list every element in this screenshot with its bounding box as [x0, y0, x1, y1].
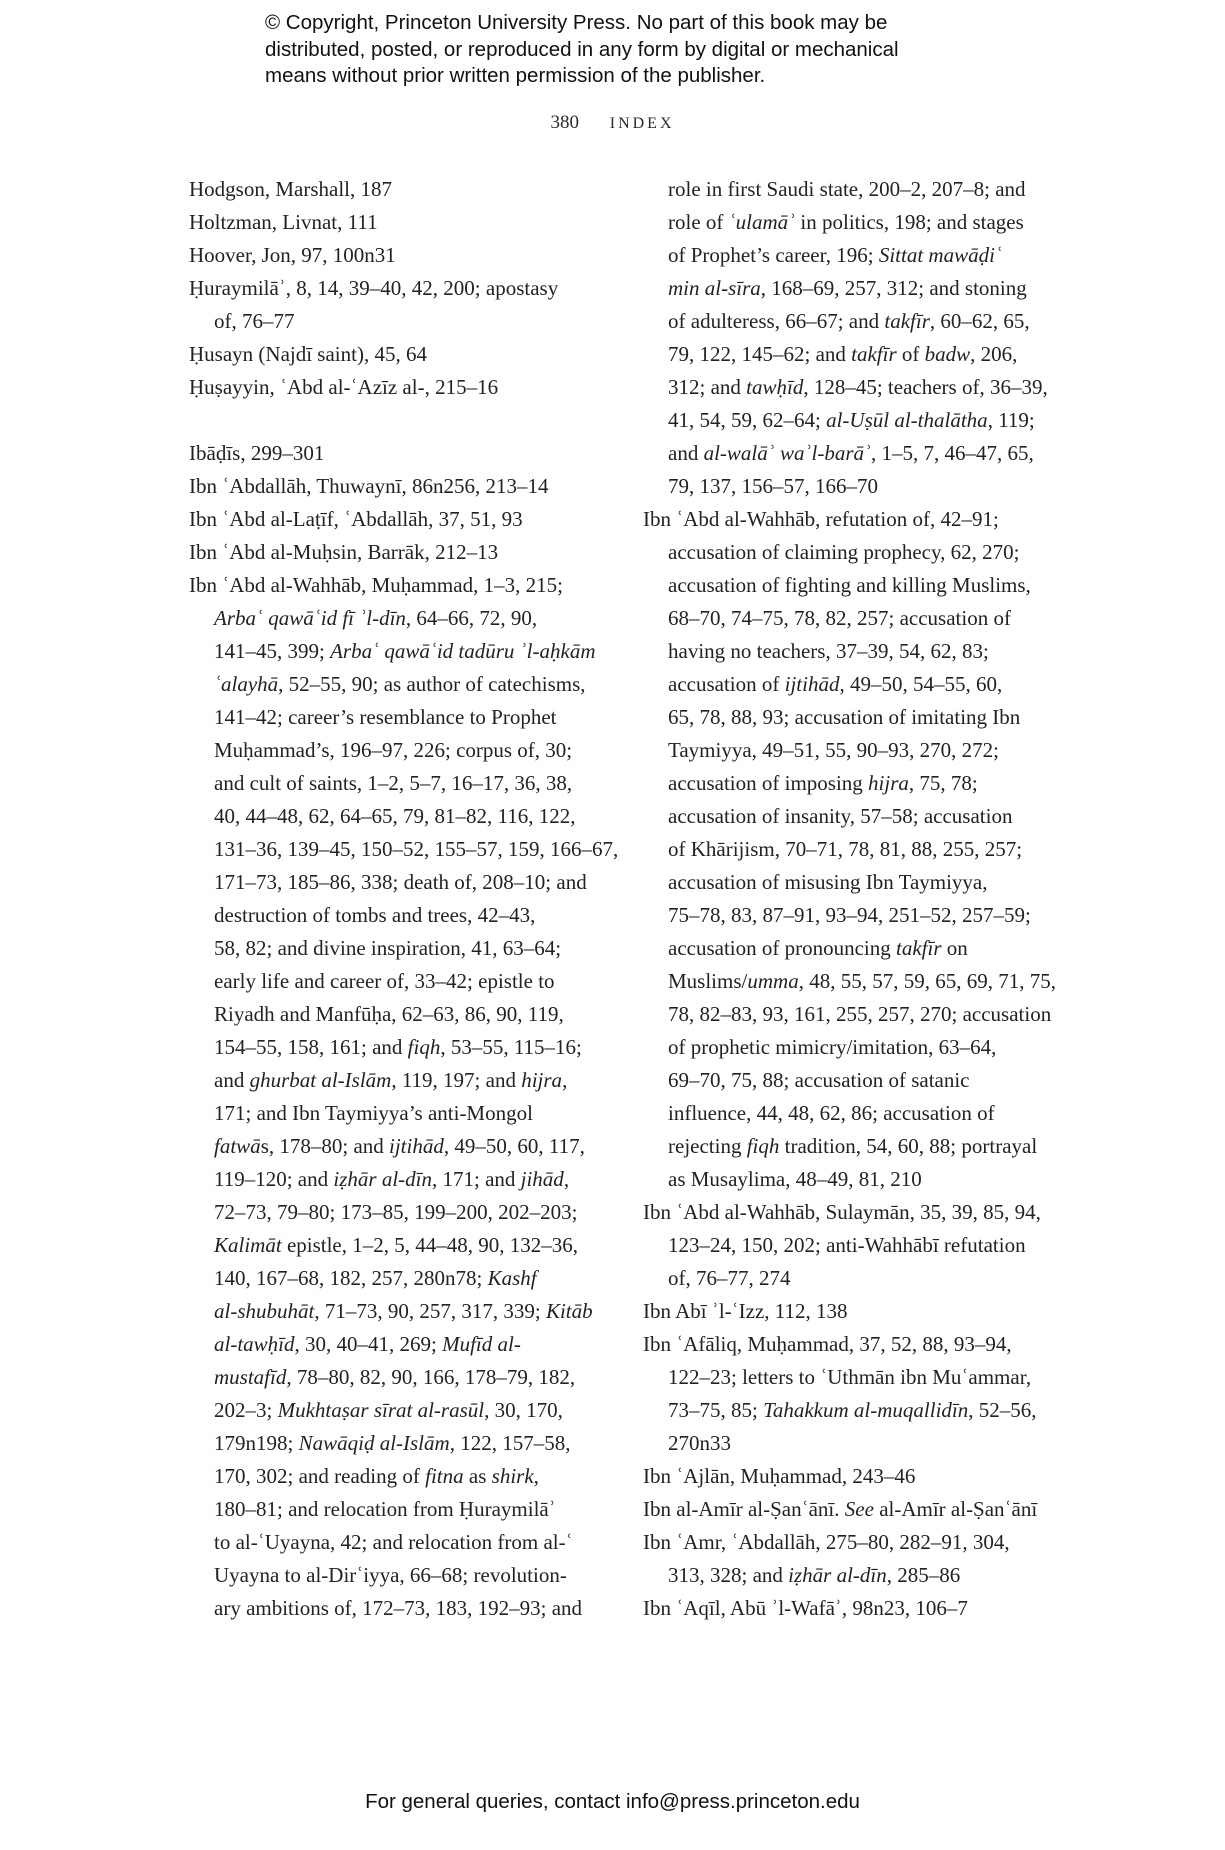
index-text: Ḥuraymilāʾ, 8, 14, 39–40, 42, 200; apost…	[189, 276, 558, 300]
index-subentry-line: al-shubuhāt, 71–73, 90, 257, 317, 339; K…	[189, 1295, 609, 1328]
index-text: ,	[564, 1167, 569, 1191]
index-entry-line: Ibāḍīs, 299–301	[189, 437, 609, 470]
index-subentry-line: 170, 302; and reading of fitna as shirk,	[189, 1460, 609, 1493]
index-text: accusation of	[668, 672, 785, 696]
italic-term: ghurbat al-Islām	[250, 1068, 392, 1092]
index-subentry-line: 69–70, 75, 88; accusation of satanic	[643, 1064, 1063, 1097]
italic-term: al-Uṣūl al-thalātha	[826, 408, 988, 432]
index-text: Ibn ʿAmr, ʿAbdallāh, 275–80, 282–91, 304…	[643, 1530, 1010, 1554]
index-text: , 30, 40–41, 269;	[295, 1332, 443, 1356]
italic-term: takfīr	[851, 342, 897, 366]
index-text: of adulteress, 66–67; and	[668, 309, 884, 333]
index-text: 58, 82; and divine inspiration, 41, 63–6…	[214, 936, 561, 960]
index-subentry-line: 179n198; Nawāqiḍ al-Islām, 122, 157–58,	[189, 1427, 609, 1460]
index-text: early life and career of, 33–42; epistle…	[214, 969, 555, 993]
index-subentry-line: of Khārijism, 70–71, 78, 81, 88, 255, 25…	[643, 833, 1063, 866]
index-text: 154–55, 158, 161; and	[214, 1035, 408, 1059]
index-text: Ibn ʿAjlān, Muḥammad, 243–46	[643, 1464, 915, 1488]
index-text: 79, 122, 145–62; and	[668, 342, 851, 366]
copyright-line: distributed, posted, or reproduced in an…	[265, 37, 985, 64]
index-subentry-line: min al-sīra, 168–69, 257, 312; and stoni…	[643, 272, 1063, 305]
index-text: Ibn ʿAbd al-Laṭīf, ʿAbdallāh, 37, 51, 93	[189, 507, 523, 531]
index-text: and	[214, 1068, 250, 1092]
index-subentry-line: 180–81; and relocation from Ḥuraymilāʾ	[189, 1493, 609, 1526]
index-text: 312; and	[668, 375, 746, 399]
index-subentry-line: destruction of tombs and trees, 42–43,	[189, 899, 609, 932]
index-text: Ibn al-Amīr al-Ṣanʿānī.	[643, 1497, 845, 1521]
index-text: accusation of claiming prophecy, 62, 270…	[668, 540, 1019, 564]
index-text: , 60–62, 65,	[930, 309, 1030, 333]
index-text: , 53–55, 115–16;	[440, 1035, 582, 1059]
index-entry-line: Ibn al-Amīr al-Ṣanʿānī. See al-Amīr al-Ṣ…	[643, 1493, 1063, 1526]
index-subentry-line: to al-ʿUyayna, 42; and relocation from a…	[189, 1526, 609, 1559]
index-text: accusation of pronouncing	[668, 936, 896, 960]
index-text: Riyadh and Manfūḥa, 62–63, 86, 90, 119,	[214, 1002, 564, 1026]
index-entry-line: Ibn ʿAbd al-Wahhāb, Muḥammad, 1–3, 215;	[189, 569, 609, 602]
index-subentry-line: 312; and tawḥīd, 128–45; teachers of, 36…	[643, 371, 1063, 404]
index-text: Holtzman, Livnat, 111	[189, 210, 378, 234]
index-subentry-line: accusation of pronouncing takfīr on	[643, 932, 1063, 965]
index-subentry-line: Uyayna to al-Dirʿiyya, 66–68; revolution…	[189, 1559, 609, 1592]
index-text: 270n33	[668, 1431, 731, 1455]
index-text: , 52–56,	[968, 1398, 1036, 1422]
index-text: 171; and Ibn Taymiyya’s anti-Mongol	[214, 1101, 533, 1125]
index-subentry-line: 40, 44–48, 62, 64–65, 79, 81–82, 116, 12…	[189, 800, 609, 833]
index-entry-line: Ibn ʿAbd al-Muḥsin, Barrāk, 212–13	[189, 536, 609, 569]
index-text: to al-ʿUyayna, 42; and relocation from a…	[214, 1530, 573, 1554]
index-text: 171–73, 185–86, 338; death of, 208–10; a…	[214, 870, 587, 894]
index-text: epistle, 1–2, 5, 44–48, 90, 132–36,	[282, 1233, 578, 1257]
index-text: of	[897, 342, 925, 366]
index-subentry-line: fatwās, 178–80; and ijtihād, 49–50, 60, …	[189, 1130, 609, 1163]
section-title: INDEX	[610, 115, 675, 132]
index-subentry-line: and ghurbat al-Islām, 119, 197; and hijr…	[189, 1064, 609, 1097]
index-text: of, 76–77	[214, 309, 295, 333]
page-number: 380	[550, 112, 579, 133]
index-text: s, 178–80; and	[261, 1134, 389, 1158]
index-subentry-line: Muḥammad’s, 196–97, 226; corpus of, 30;	[189, 734, 609, 767]
italic-term: jihād	[521, 1167, 564, 1191]
index-subentry-line: of adulteress, 66–67; and takfīr, 60–62,…	[643, 305, 1063, 338]
index-text: Ibn ʿAfāliq, Muḥammad, 37, 52, 88, 93–94…	[643, 1332, 1012, 1356]
index-text: Hodgson, Marshall, 187	[189, 177, 392, 201]
italic-term: iẓhār al-dīn	[333, 1167, 432, 1191]
index-subentry-line: al-tawḥīd, 30, 40–41, 269; Mufīd al-	[189, 1328, 609, 1361]
italic-term: ʿulamāʾ	[729, 210, 796, 234]
index-subentry-line: early life and career of, 33–42; epistle…	[189, 965, 609, 998]
contact-footer: For general queries, contact info@press.…	[0, 1790, 1225, 1814]
index-entry-line: Ibn Abī ʾl-ʿIzz, 112, 138	[643, 1295, 1063, 1328]
italic-term: fatwā	[214, 1134, 261, 1158]
index-text: 73–75, 85;	[668, 1398, 763, 1422]
index-entry-line: Ḥuṣayyin, ʿAbd al-ʿAzīz al-, 215–16	[189, 371, 609, 404]
italic-term: iẓhār al-dīn	[788, 1563, 887, 1587]
index-subentry-line: accusation of fighting and killing Musli…	[643, 569, 1063, 602]
index-subentry-line: 202–3; Mukhtaṣar sīrat al-rasūl, 30, 170…	[189, 1394, 609, 1427]
italic-term: takfīr	[884, 309, 930, 333]
index-subentry-line: 73–75, 85; Tahakkum al-muqallidīn, 52–56…	[643, 1394, 1063, 1427]
index-entry-line: Hodgson, Marshall, 187	[189, 173, 609, 206]
index-text: al-Amīr al-Ṣanʿānī	[874, 1497, 1037, 1521]
index-text: 41, 54, 59, 62–64;	[668, 408, 826, 432]
italic-term: hijra	[521, 1068, 562, 1092]
index-text: 180–81; and relocation from Ḥuraymilāʾ	[214, 1497, 556, 1521]
italic-term: Arbaʿ qawāʿid fī ʾl-dīn	[214, 606, 406, 630]
index-text: , 49–50, 60, 117,	[444, 1134, 585, 1158]
index-text: , 206,	[970, 342, 1017, 366]
index-subentry-line: 313, 328; and iẓhār al-dīn, 285–86	[643, 1559, 1063, 1592]
index-subentry-line: 123–24, 150, 202; anti-Wahhābī refutatio…	[643, 1229, 1063, 1262]
index-subentry-line: influence, 44, 48, 62, 86; accusation of	[643, 1097, 1063, 1130]
index-subentry-line: role in first Saudi state, 200–2, 207–8;…	[643, 173, 1063, 206]
index-text: and cult of saints, 1–2, 5–7, 16–17, 36,…	[214, 771, 572, 795]
index-text: accusation of misusing Ibn Taymiyya,	[668, 870, 988, 894]
index-subentry-line: accusation of imposing hijra, 75, 78;	[643, 767, 1063, 800]
index-subentry-line: 68–70, 74–75, 78, 82, 257; accusation of	[643, 602, 1063, 635]
index-text: Ḥuṣayyin, ʿAbd al-ʿAzīz al-, 215–16	[189, 375, 498, 399]
index-text: Ḥusayn (Najdī saint), 45, 64	[189, 342, 427, 366]
index-text: tradition, 54, 60, 88; portrayal	[779, 1134, 1037, 1158]
index-text: having no teachers, 37–39, 54, 62, 83;	[668, 639, 989, 663]
index-text: , 64–66, 72, 90,	[406, 606, 537, 630]
italic-term: Arbaʿ qawāʿid tadūru ʾl-aḥkām	[330, 639, 595, 663]
index-subentry-line: accusation of insanity, 57–58; accusatio…	[643, 800, 1063, 833]
index-text: 69–70, 75, 88; accusation of satanic	[668, 1068, 970, 1092]
index-subentry-line: 41, 54, 59, 62–64; al-Uṣūl al-thalātha, …	[643, 404, 1063, 437]
index-text: Ibn ʿAbd al-Muḥsin, Barrāk, 212–13	[189, 540, 498, 564]
index-subentry-line: 141–45, 399; Arbaʿ qawāʿid tadūru ʾl-aḥk…	[189, 635, 609, 668]
index-subentry-line: Taymiyya, 49–51, 55, 90–93, 270, 272;	[643, 734, 1063, 767]
index-text: as	[464, 1464, 492, 1488]
italic-term: fitna	[425, 1464, 464, 1488]
index-text: in politics, 198; and stages	[795, 210, 1024, 234]
index-text: as Musaylima, 48–49, 81, 210	[668, 1167, 922, 1191]
italic-term: Nawāqiḍ al-Islām	[299, 1431, 450, 1455]
index-text: 202–3;	[214, 1398, 278, 1422]
index-text: , 119;	[988, 408, 1035, 432]
index-text: , 171; and	[432, 1167, 521, 1191]
index-text: 79, 137, 156–57, 166–70	[668, 474, 878, 498]
index-text: Ibn Abī ʾl-ʿIzz, 112, 138	[643, 1299, 848, 1323]
italic-term: Mukhtaṣar sīrat al-rasūl	[278, 1398, 485, 1422]
italic-term: al-shubuhāt	[214, 1299, 314, 1323]
index-text: Ibn ʿAbd al-Wahhāb, Sulaymān, 35, 39, 85…	[643, 1200, 1041, 1224]
copyright-notice: © Copyright, Princeton University Press.…	[265, 10, 985, 90]
index-text: , 52–55, 90; as author of catechisms,	[278, 672, 585, 696]
index-subentry-line: 78, 82–83, 93, 161, 255, 257, 270; accus…	[643, 998, 1063, 1031]
index-subentry-line: ʿalayhā, 52–55, 90; as author of catechi…	[189, 668, 609, 701]
index-text: 122–23; letters to ʿUthmān ibn Muʿammar,	[668, 1365, 1031, 1389]
index-text: 141–45, 399;	[214, 639, 330, 663]
index-entry-line: Ibn ʿAmr, ʿAbdallāh, 275–80, 282–91, 304…	[643, 1526, 1063, 1559]
index-entry-line: Ibn ʿAqīl, Abū ʾl-Wafāʾ, 98n23, 106–7	[643, 1592, 1063, 1625]
italic-term: Kashf	[488, 1266, 537, 1290]
index-entry-line: Ibn ʿAbd al-Laṭīf, ʿAbdallāh, 37, 51, 93	[189, 503, 609, 536]
italic-term: umma	[747, 969, 798, 993]
index-text: , 285–86	[887, 1563, 961, 1587]
index-subentry-line: 154–55, 158, 161; and fiqh, 53–55, 115–1…	[189, 1031, 609, 1064]
italic-term: mustafīd	[214, 1365, 286, 1389]
index-text: Taymiyya, 49–51, 55, 90–93, 270, 272;	[668, 738, 999, 762]
index-text: 68–70, 74–75, 78, 82, 257; accusation of	[668, 606, 1011, 630]
index-text: , 78–80, 82, 90, 166, 178–79, 182,	[286, 1365, 575, 1389]
italic-term: ʿalayhā	[214, 672, 278, 696]
index-text: Ibāḍīs, 299–301	[189, 441, 324, 465]
index-text: of, 76–77, 274	[668, 1266, 791, 1290]
running-head: 380 INDEX	[0, 112, 1225, 134]
index-text: 72–73, 79–80; 173–85, 199–200, 202–203;	[214, 1200, 577, 1224]
blank-line	[189, 404, 609, 437]
italic-term: See	[845, 1497, 874, 1521]
index-text: ,	[534, 1464, 539, 1488]
index-subentry-line: of, 76–77, 274	[643, 1262, 1063, 1295]
index-entry-line: Ibn ʿAbd al-Wahhāb, refutation of, 42–91…	[643, 503, 1063, 536]
italic-term: ijtihād	[389, 1134, 444, 1158]
index-text: , 49–50, 54–55, 60,	[839, 672, 1002, 696]
index-text: accusation of fighting and killing Musli…	[668, 573, 1031, 597]
index-text: Ibn ʿAbd al-Wahhāb, Muḥammad, 1–3, 215;	[189, 573, 563, 597]
index-text: influence, 44, 48, 62, 86; accusation of	[668, 1101, 995, 1125]
index-text: accusation of imposing	[668, 771, 868, 795]
index-text: , 168–69, 257, 312; and stoning	[761, 276, 1027, 300]
index-subentry-line: 122–23; letters to ʿUthmān ibn Muʿammar,	[643, 1361, 1063, 1394]
index-text: , 1–5, 7, 46–47, 65,	[871, 441, 1034, 465]
index-subentry-line: Arbaʿ qawāʿid fī ʾl-dīn, 64–66, 72, 90,	[189, 602, 609, 635]
italic-term: badw	[925, 342, 971, 366]
index-text: 141–42; career’s resemblance to Prophet	[214, 705, 557, 729]
index-subentry-line: 75–78, 83, 87–91, 93–94, 251–52, 257–59;	[643, 899, 1063, 932]
index-text: , 48, 55, 57, 59, 65, 69, 71, 75,	[799, 969, 1056, 993]
index-subentry-line: Muslims/umma, 48, 55, 57, 59, 65, 69, 71…	[643, 965, 1063, 998]
copyright-line: means without prior written permission o…	[265, 63, 985, 90]
index-entry-line: Ibn ʿAbd al-Wahhāb, Sulaymān, 35, 39, 85…	[643, 1196, 1063, 1229]
index-text: of Prophet’s career, 196;	[668, 243, 879, 267]
index-subentry-line: 171–73, 185–86, 338; death of, 208–10; a…	[189, 866, 609, 899]
index-subentry-line: 140, 167–68, 182, 257, 280n78; Kashf	[189, 1262, 609, 1295]
copyright-line: © Copyright, Princeton University Press.…	[265, 10, 985, 37]
italic-term: Kitāb	[546, 1299, 593, 1323]
index-subentry-line: rejecting fiqh tradition, 54, 60, 88; po…	[643, 1130, 1063, 1163]
italic-term: al-tawḥīd	[214, 1332, 295, 1356]
index-subentry-line: of prophetic mimicry/imitation, 63–64,	[643, 1031, 1063, 1064]
index-entry-line: Ibn ʿAjlān, Muḥammad, 243–46	[643, 1460, 1063, 1493]
index-text: 65, 78, 88, 93; accusation of imitating …	[668, 705, 1020, 729]
index-subentry-line: 270n33	[643, 1427, 1063, 1460]
index-subentry-line: Riyadh and Manfūḥa, 62–63, 86, 90, 119,	[189, 998, 609, 1031]
index-text: accusation of insanity, 57–58; accusatio…	[668, 804, 1012, 828]
index-text: 119–120; and	[214, 1167, 333, 1191]
index-text: of Khārijism, 70–71, 78, 81, 88, 255, 25…	[668, 837, 1022, 861]
index-text: , 119, 197; and	[391, 1068, 521, 1092]
italic-term: fiqh	[408, 1035, 441, 1059]
italic-term: takfīr	[896, 936, 942, 960]
index-subentry-line: 72–73, 79–80; 173–85, 199–200, 202–203;	[189, 1196, 609, 1229]
index-text: 123–24, 150, 202; anti-Wahhābī refutatio…	[668, 1233, 1026, 1257]
index-subentry-line: accusation of ijtihād, 49–50, 54–55, 60,	[643, 668, 1063, 701]
italic-term: Kalimāt	[214, 1233, 282, 1257]
index-text: Muḥammad’s, 196–97, 226; corpus of, 30;	[214, 738, 572, 762]
index-text: on	[942, 936, 968, 960]
italic-term: Tahakkum al-muqallidīn	[763, 1398, 968, 1422]
index-text: , 71–73, 90, 257, 317, 339;	[314, 1299, 546, 1323]
index-text: 313, 328; and	[668, 1563, 788, 1587]
index-subentry-line: Kalimāt epistle, 1–2, 5, 44–48, 90, 132–…	[189, 1229, 609, 1262]
index-subentry-line: of Prophet’s career, 196; Sittat mawāḍiʿ	[643, 239, 1063, 272]
index-subentry-line: and al-walāʾ waʾl-barāʾ, 1–5, 7, 46–47, …	[643, 437, 1063, 470]
italic-term: min al-sīra	[668, 276, 761, 300]
index-subentry-line: mustafīd, 78–80, 82, 90, 166, 178–79, 18…	[189, 1361, 609, 1394]
index-text: , 75, 78;	[909, 771, 978, 795]
index-subentry-line: having no teachers, 37–39, 54, 62, 83;	[643, 635, 1063, 668]
index-subentry-line: 171; and Ibn Taymiyya’s anti-Mongol	[189, 1097, 609, 1130]
index-entry-line: Holtzman, Livnat, 111	[189, 206, 609, 239]
index-subentry-line: 141–42; career’s resemblance to Prophet	[189, 701, 609, 734]
index-text: 75–78, 83, 87–91, 93–94, 251–52, 257–59;	[668, 903, 1031, 927]
italic-term: hijra	[868, 771, 909, 795]
index-text: destruction of tombs and trees, 42–43,	[214, 903, 535, 927]
index-subentry-line: as Musaylima, 48–49, 81, 210	[643, 1163, 1063, 1196]
index-text: role in first Saudi state, 200–2, 207–8;…	[668, 177, 1026, 201]
italic-term: ijtihād	[785, 672, 840, 696]
index-subentry-line: 58, 82; and divine inspiration, 41, 63–6…	[189, 932, 609, 965]
italic-term: tawḥīd	[746, 375, 803, 399]
italic-term: Sittat mawāḍiʿ	[879, 243, 1002, 267]
index-subentry-line: accusation of claiming prophecy, 62, 270…	[643, 536, 1063, 569]
index-subentry-line: of, 76–77	[189, 305, 609, 338]
index-text: Muslims/	[668, 969, 747, 993]
index-text: and	[668, 441, 704, 465]
index-subentry-line: 65, 78, 88, 93; accusation of imitating …	[643, 701, 1063, 734]
index-entry-line: Hoover, Jon, 97, 100n31	[189, 239, 609, 272]
index-subentry-line: 131–36, 139–45, 150–52, 155–57, 159, 166…	[189, 833, 609, 866]
italic-term: Mufīd al-	[442, 1332, 521, 1356]
index-text: ary ambitions of, 172–73, 183, 192–93; a…	[214, 1596, 582, 1620]
index-text: Ibn ʿAbdallāh, Thuwaynī, 86n256, 213–14	[189, 474, 548, 498]
index-text: , 30, 170,	[484, 1398, 563, 1422]
index-text: role of	[668, 210, 729, 234]
index-text: of prophetic mimicry/imitation, 63–64,	[668, 1035, 996, 1059]
index-text: 170, 302; and reading of	[214, 1464, 425, 1488]
index-text: rejecting	[668, 1134, 747, 1158]
index-subentry-line: 119–120; and iẓhār al-dīn, 171; and jihā…	[189, 1163, 609, 1196]
index-text: 40, 44–48, 62, 64–65, 79, 81–82, 116, 12…	[214, 804, 575, 828]
index-entry-line: Ibn ʿAfāliq, Muḥammad, 37, 52, 88, 93–94…	[643, 1328, 1063, 1361]
index-text: 131–36, 139–45, 150–52, 155–57, 159, 166…	[214, 837, 618, 861]
index-subentry-line: 79, 122, 145–62; and takfīr of badw, 206…	[643, 338, 1063, 371]
index-subentry-line: accusation of misusing Ibn Taymiyya,	[643, 866, 1063, 899]
index-column-left: Hodgson, Marshall, 187Holtzman, Livnat, …	[189, 173, 609, 1625]
italic-term: al-walāʾ waʾl-barāʾ	[704, 441, 871, 465]
index-text: Hoover, Jon, 97, 100n31	[189, 243, 396, 267]
index-text: 78, 82–83, 93, 161, 255, 257, 270; accus…	[668, 1002, 1051, 1026]
index-text: 140, 167–68, 182, 257, 280n78;	[214, 1266, 488, 1290]
italic-term: shirk	[492, 1464, 534, 1488]
index-text: 179n198;	[214, 1431, 299, 1455]
index-subentry-line: 79, 137, 156–57, 166–70	[643, 470, 1063, 503]
index-text: , 122, 157–58,	[450, 1431, 571, 1455]
index-column-right: role in first Saudi state, 200–2, 207–8;…	[643, 173, 1063, 1625]
index-text: Uyayna to al-Dirʿiyya, 66–68; revolution…	[214, 1563, 567, 1587]
index-text: Ibn ʿAqīl, Abū ʾl-Wafāʾ, 98n23, 106–7	[643, 1596, 968, 1620]
index-text: , 128–45; teachers of, 36–39,	[803, 375, 1047, 399]
index-entry-line: Ibn ʿAbdallāh, Thuwaynī, 86n256, 213–14	[189, 470, 609, 503]
index-entry-line: Ḥusayn (Najdī saint), 45, 64	[189, 338, 609, 371]
index-entry-line: Ḥuraymilāʾ, 8, 14, 39–40, 42, 200; apost…	[189, 272, 609, 305]
index-subentry-line: and cult of saints, 1–2, 5–7, 16–17, 36,…	[189, 767, 609, 800]
index-text: Ibn ʿAbd al-Wahhāb, refutation of, 42–91…	[643, 507, 999, 531]
index-subentry-line: ary ambitions of, 172–73, 183, 192–93; a…	[189, 1592, 609, 1625]
index-text: ,	[562, 1068, 567, 1092]
index-subentry-line: role of ʿulamāʾ in politics, 198; and st…	[643, 206, 1063, 239]
italic-term: fiqh	[747, 1134, 780, 1158]
